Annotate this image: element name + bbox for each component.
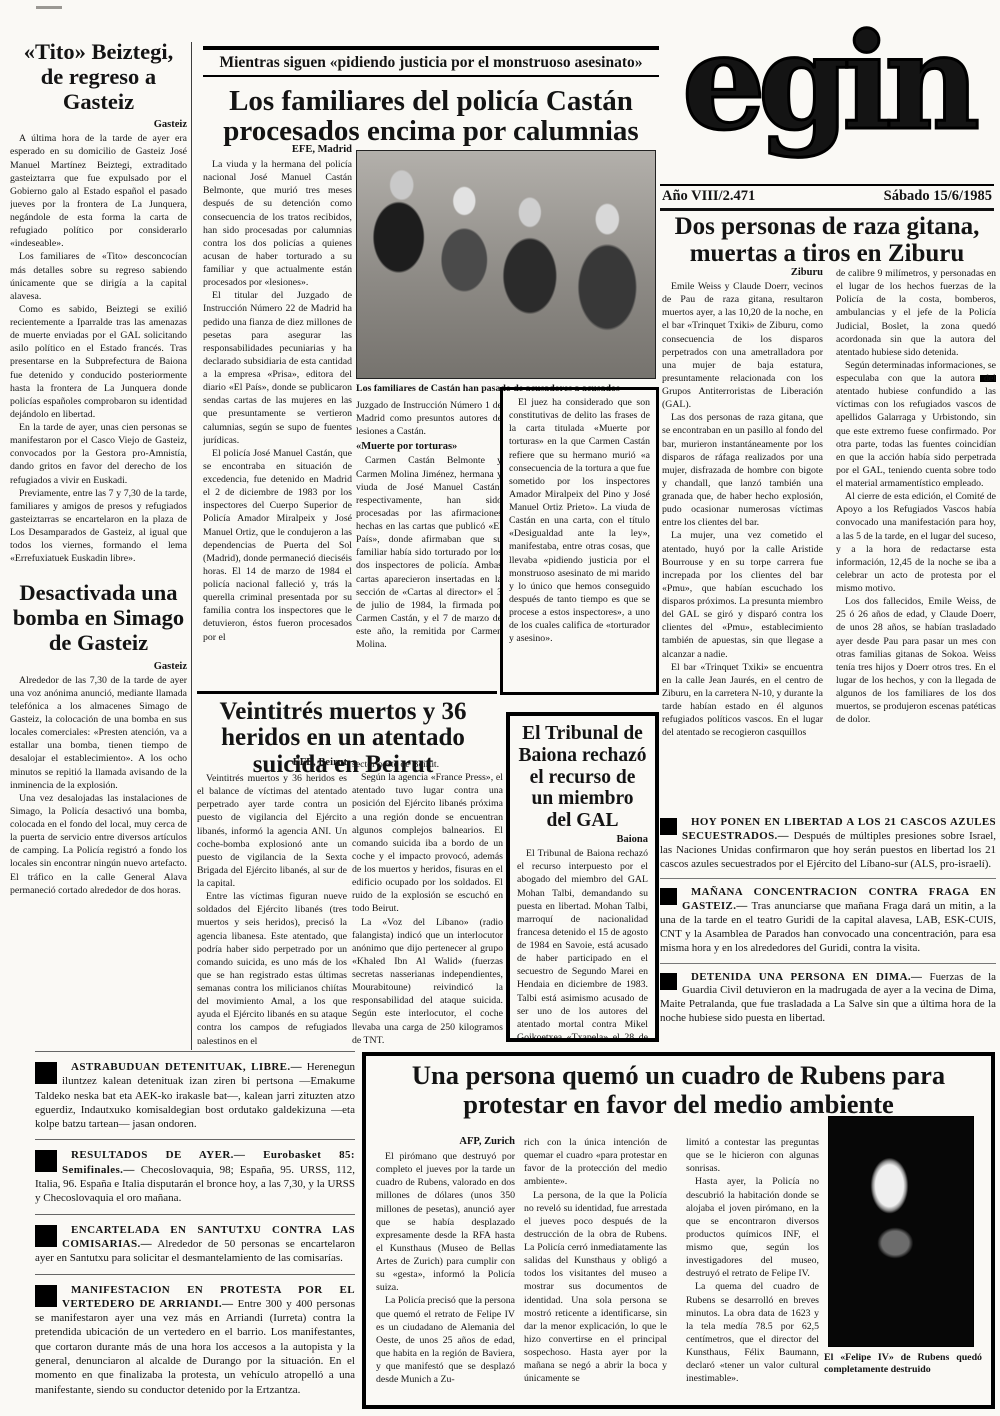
- article-column: rich con la única intención de quemar el…: [524, 1136, 667, 1398]
- section-rule: [35, 1051, 355, 1052]
- main-headline: Los familiares del policía Castán proces…: [203, 86, 659, 147]
- edition-number: Año VIII/2.471: [662, 188, 755, 205]
- paragraph: Los familiares de «Tito» desconcocían má…: [10, 250, 187, 303]
- article-body: Carmen Castán Belmonte y Carmen Molina J…: [356, 454, 502, 651]
- registration-mark: [36, 6, 62, 9]
- edition-date: Sábado 15/6/1985: [884, 188, 992, 205]
- boxed-column: El juez ha considerado que son constitut…: [500, 387, 659, 695]
- byline: EFE, Beirut: [203, 757, 347, 768]
- paragraph: A última hora de la tarde de ayer era es…: [10, 132, 187, 250]
- newspaper-front-page: «Tito» Beiztegi, de regreso a Gasteiz Ga…: [0, 0, 1000, 1416]
- paragraph: limitó a contestar las preguntas que se …: [686, 1136, 819, 1175]
- article-column: La viuda y la hermana del policía nacion…: [203, 158, 352, 690]
- byline: EFE, Madrid: [203, 144, 352, 155]
- brief-title: ASTRABUDUAN DETENITUAK, LIBRE.—: [71, 1061, 302, 1073]
- square-bullet-icon: [35, 1225, 57, 1247]
- dateline: Gasteiz: [10, 661, 187, 672]
- photo-caption: El «Felipe IV» de Rubens quedó completam…: [824, 1352, 982, 1377]
- headline: «Tito» Beiztegi, de regreso a Gasteiz: [10, 40, 187, 114]
- news-photo-castan-family: [356, 150, 656, 379]
- paragraph: La quema del cuadro de Rubens se desarro…: [686, 1280, 819, 1385]
- paragraph: La Policía precisó que la persona que qu…: [376, 1294, 515, 1386]
- news-briefs-right: HOY PONEN EN LIBERTAD A LOS 21 CASCOS AZ…: [660, 816, 996, 1052]
- paragraph: Hasta ayer, la Policía no descubrió la h…: [686, 1175, 819, 1280]
- brief-item: ASTRABUDUAN DETENITUAK, LIBRE.— Herenegu…: [35, 1060, 355, 1131]
- paragraph: Según la agencia «France Press», el aten…: [352, 771, 503, 915]
- paragraph: El juez ha considerado que son constitut…: [509, 396, 650, 645]
- paragraph: sector oeste de Beirut.: [352, 758, 503, 771]
- article-column: Emile Weiss y Claude Doerr, vecinos de P…: [662, 280, 823, 811]
- dateline: Ziburu: [662, 267, 823, 278]
- brief-item: MANIFESTACION EN PROTESTA POR EL VERTEDE…: [35, 1274, 355, 1397]
- brief-item: RESULTADOS DE AYER.— Eurobasket 85: Semi…: [35, 1139, 355, 1205]
- square-bullet-icon: [660, 818, 677, 835]
- paragraph: Juzgado de Instrucción Número 1 de Madri…: [356, 399, 502, 438]
- brief-text: Entre 300 y 400 personas se manifestaron…: [35, 1298, 355, 1396]
- square-bullet-icon: [660, 888, 677, 905]
- square-bullet-icon: [35, 1062, 57, 1084]
- headline: Dos personas de raza gitana, muertas a t…: [658, 214, 996, 267]
- brief-title: DETENIDA UNA PERSONA EN DIMA.—: [691, 971, 922, 983]
- paragraph: El titular del Juzgado de Instrucción Nú…: [203, 289, 352, 447]
- news-briefs-left: ASTRABUDUAN DETENITUAK, LIBRE.— Herenegu…: [35, 1060, 355, 1410]
- news-photo-felipe-iv: [828, 1116, 974, 1347]
- edition-row: Año VIII/2.471 Sábado 15/6/1985: [660, 184, 994, 211]
- boxed-article-rubens: Una persona quemó un cuadro de Rubens pa…: [362, 1052, 995, 1409]
- newspaper-logo: egin: [658, 14, 996, 182]
- column-divider: [191, 42, 192, 1050]
- paragraph: La mujer, una vez cometido el atentado, …: [662, 529, 823, 660]
- paragraph: La persona, de la que la Policía no reve…: [524, 1189, 667, 1386]
- article-column: Veintitrés muertos y 36 heridos es el ba…: [197, 772, 347, 1044]
- paragraph: Los dos fallecidos, Emile Weiss, de 25 ó…: [836, 595, 996, 726]
- brief-item: ENCARTELADA EN SANTUTXU CONTRA LAS COMIS…: [35, 1214, 355, 1266]
- square-bullet-icon: [35, 1285, 57, 1307]
- square-bullet-icon: [35, 1150, 57, 1172]
- article-column: de calibre 9 milímetros, y personadas en…: [836, 267, 996, 811]
- article-simago-bomb: Desactivada una bomba en Simago de Gaste…: [10, 581, 187, 896]
- dateline: Gasteiz: [10, 119, 187, 130]
- left-column: «Tito» Beiztegi, de regreso a Gasteiz Ga…: [10, 40, 187, 1050]
- kicker: Mientras siguen «pidiendo justicia por e…: [203, 46, 659, 77]
- article-column: Juzgado de Instrucción Número 1 de Madri…: [356, 399, 502, 688]
- article-tito-beiztegi: «Tito» Beiztegi, de regreso a Gasteiz Ga…: [10, 40, 187, 565]
- paragraph: Según determinadas informaciones, se esp…: [836, 359, 996, 490]
- paragraph: El bar «Trinquet Txiki» se encuentra en …: [662, 661, 823, 740]
- article-column: sector oeste de Beirut.Según la agencia …: [352, 758, 503, 1045]
- paragraph: Entre las víctimas figuran nueve soldado…: [197, 890, 347, 1044]
- article-body: Alrededor de las 7,30 de la tarde de aye…: [10, 674, 187, 897]
- brief-item: DETENIDA UNA PERSONA EN DIMA.— Fuerzas d…: [660, 963, 996, 1026]
- article-column: AFP, Zurich El pirómano que destruyó por…: [376, 1136, 515, 1398]
- paragraph: Alrededor de las 7,30 de la tarde de aye…: [10, 674, 187, 792]
- brief-item: MAÑANA CONCENTRACION CONTRA FRAGA EN GAS…: [660, 878, 996, 955]
- paragraph: El policía José Manuel Castán, que se en…: [203, 447, 352, 644]
- paragraph: En la tarde de ayer, unas cien personas …: [10, 421, 187, 487]
- paragraph: de calibre 9 milímetros, y personadas en…: [836, 267, 996, 359]
- paragraph: Al cierre de esta edición, el Comité de …: [836, 490, 996, 595]
- paragraph: Previamente, entre las 7 y 7,30 de la ta…: [10, 487, 187, 566]
- article-body: El Tribunal de Baiona rechazó el recurso…: [517, 847, 648, 1042]
- headline: El Tribunal de Baiona rechazó el recurso…: [517, 723, 648, 832]
- headline: Desactivada una bomba en Simago de Gaste…: [10, 581, 187, 655]
- brief-item: HOY PONEN EN LIBERTAD A LOS 21 CASCOS AZ…: [660, 816, 996, 871]
- paragraph: Carmen Castán Belmonte y Carmen Molina J…: [356, 454, 502, 651]
- article-body: El pirómano que destruyó por completo el…: [376, 1150, 515, 1386]
- paragraph: Una vez desalojadas las instalaciones de…: [10, 792, 187, 897]
- article-column: limitó a contestar las preguntas que se …: [686, 1136, 819, 1398]
- headline: Una persona quemó un cuadro de Rubens pa…: [372, 1061, 985, 1118]
- paragraph: Emile Weiss y Claude Doerr, vecinos de P…: [662, 280, 823, 411]
- paragraph: La viuda y la hermana del policía nacion…: [203, 158, 352, 289]
- paragraph: Como es sabido, Beiztegi se exilió recie…: [10, 303, 187, 421]
- square-bullet-icon: [660, 973, 677, 990]
- paragraph: Las dos personas de raza gitana, que se …: [662, 411, 823, 529]
- paragraph: rich con la única intención de quemar el…: [524, 1136, 667, 1189]
- section-rule: [197, 691, 497, 694]
- paragraph: El pirómano que destruyó por completo el…: [376, 1150, 515, 1294]
- subhead: «Muerte por torturas»: [356, 441, 502, 452]
- byline: AFP, Zurich: [376, 1136, 515, 1147]
- article-body: A última hora de la tarde de ayer era es…: [10, 132, 187, 565]
- boxed-article-tribunal-gal: El Tribunal de Baiona rechazó el recurso…: [506, 712, 659, 1042]
- paragraph: Veintitrés muertos y 36 heridos es el ba…: [197, 772, 347, 890]
- dateline: Baiona: [517, 834, 648, 845]
- paragraph: El Tribunal de Baiona rechazó el recurso…: [517, 847, 648, 1042]
- paragraph: La «Voz del Líbano» (radio falangista) i…: [352, 916, 503, 1046]
